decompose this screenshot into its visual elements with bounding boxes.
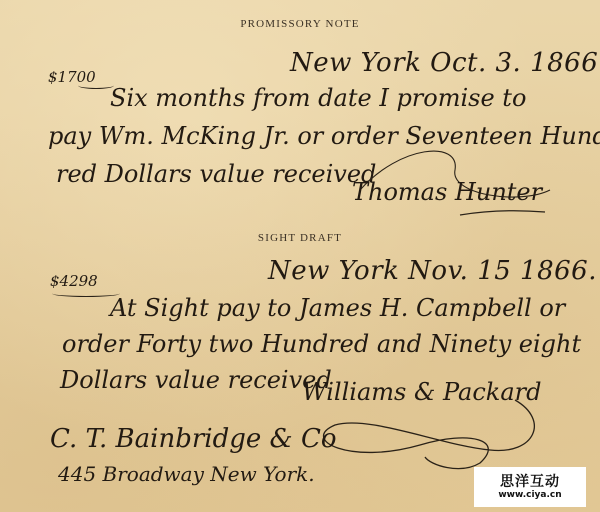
- promissory-line-1: Six months from date I promise to: [110, 84, 526, 112]
- drawee-address: 445 Broadway New York.: [58, 462, 315, 486]
- signature-flourish-icon: [310, 395, 540, 475]
- amount-swash: [78, 82, 114, 89]
- promissory-place-date: New York Oct. 3. 1866.: [290, 48, 600, 78]
- drawee-name: C. T. Bainbridge & Co: [50, 424, 337, 454]
- promissory-note-heading: PROMISSORY NOTE: [0, 18, 600, 30]
- sight-draft-line-1: At Sight pay to James H. Campbell or: [110, 294, 565, 322]
- sight-draft-heading: SIGHT DRAFT: [0, 232, 600, 244]
- watermark-badge: 思洋互动 www.ciya.cn: [474, 467, 586, 507]
- sight-draft-amount: $4298: [50, 272, 98, 290]
- promissory-line-2: pay Wm. McKing Jr. or order Seventeen Hu…: [48, 122, 600, 150]
- sight-draft-line-2: order Forty two Hundred and Ninety eight: [62, 330, 581, 358]
- promissory-signature: Thomas Hunter: [352, 178, 542, 206]
- document-page: PROMISSORY NOTE $1700 New York Oct. 3. 1…: [0, 0, 600, 512]
- sight-draft-line-3: Dollars value received: [60, 366, 332, 394]
- sight-draft-place-date: New York Nov. 15 1866.: [268, 256, 597, 286]
- watermark-url: www.ciya.cn: [498, 490, 561, 501]
- watermark-chinese-text: 思洋互动: [500, 474, 560, 490]
- promissory-line-3: red Dollars value received: [56, 160, 376, 188]
